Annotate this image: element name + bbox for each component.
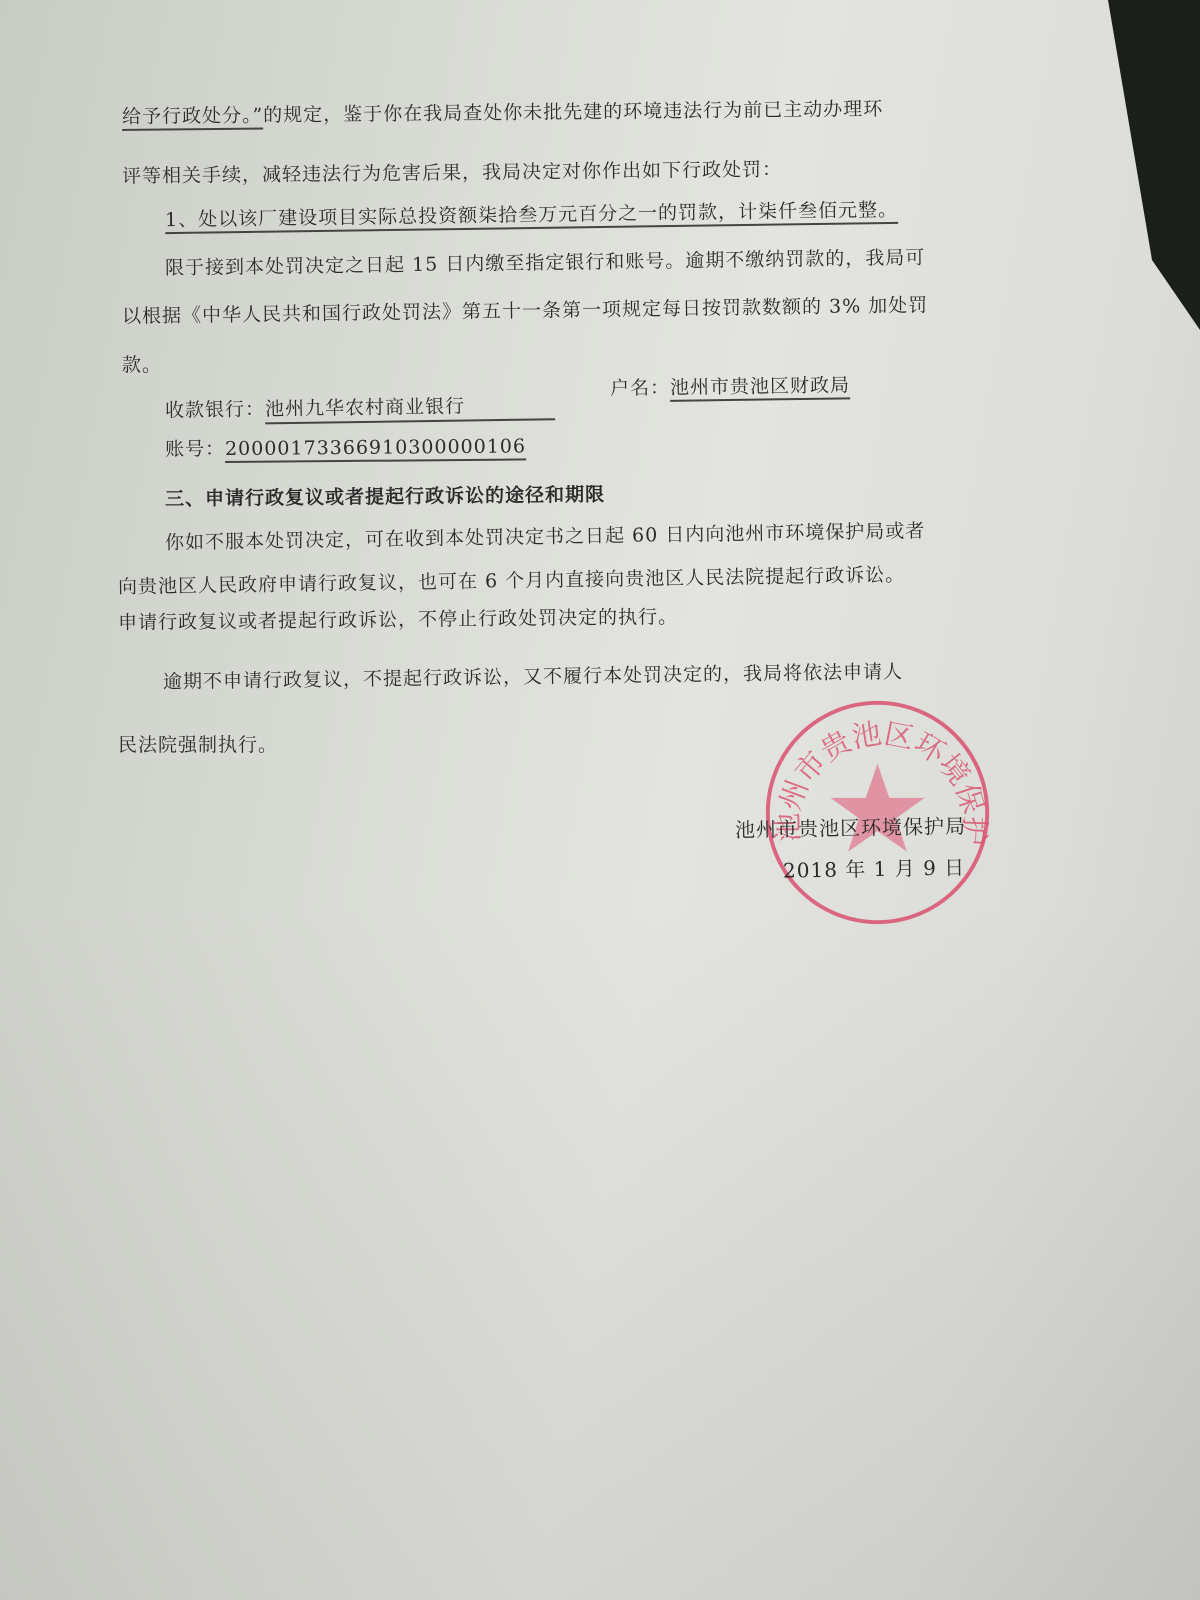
issuer-name: 池州市贵池区环境保护局	[735, 810, 966, 843]
body-line-6: 款。	[122, 350, 162, 377]
account-name-row: 户名：池州市贵池区财政局	[610, 370, 850, 400]
account-number-label: 账号：	[165, 438, 225, 461]
account-name-value: 池州市贵池区财政局	[670, 374, 850, 402]
page-shadow	[0, 900, 1200, 1600]
bank-row: 收款银行：池州九华农村商业银行	[165, 390, 555, 425]
account-name-label: 户名：	[610, 377, 670, 400]
bank-value: 池州九华农村商业银行	[265, 390, 555, 424]
bank-label: 收款银行：	[165, 398, 265, 421]
section-heading: 三、申请行政复议或者提起行政诉讼的途径和期限	[165, 480, 605, 512]
account-number-value: 20000173366910300000106	[225, 435, 526, 463]
account-number-row: 账号：20000173366910300000106	[165, 431, 526, 461]
issue-date: 2018 年 1 月 9 日	[783, 851, 966, 883]
underlined-quote-end: 给予行政处分。”	[122, 105, 263, 131]
body-line-11: 民法院强制执行。	[118, 730, 278, 757]
